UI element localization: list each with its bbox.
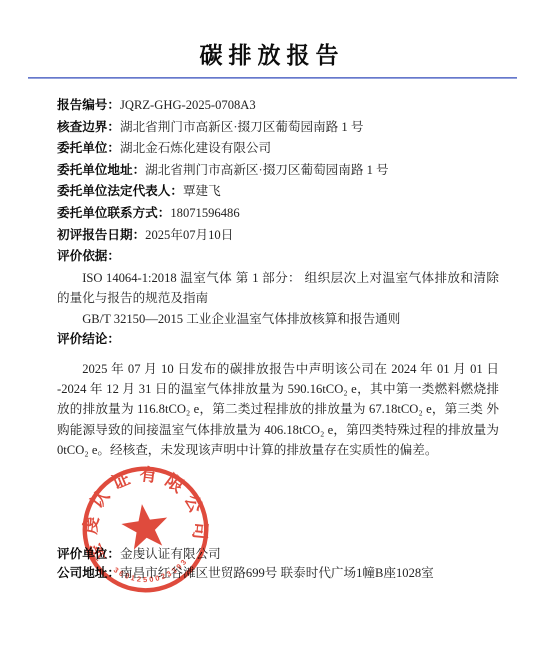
basis-item-iso: ISO 14064-1:2018 温室气体 第 1 部分： 组织层次上对温室气体…	[57, 268, 499, 309]
field-label: 委托单位：	[57, 141, 120, 155]
field-row-client-address: 委托单位地址：湖北省荆门市高新区·掇刀区葡萄园南路 1 号	[57, 160, 499, 182]
field-label: 委托单位地址：	[57, 163, 145, 177]
field-value: 18071596486	[170, 206, 239, 220]
field-row-contact-phone: 委托单位联系方式：18071596486	[57, 203, 499, 225]
field-row-report-number: 报告编号：JQRZ-GHG-2025-0708A3	[57, 95, 499, 117]
company-seal-stamp: 金虔认证有限公司 3601250023393	[78, 462, 213, 597]
field-label: 委托单位联系方式：	[57, 206, 170, 220]
page-title: 碳排放报告	[0, 0, 544, 70]
field-value: 湖北金石炼化建设有限公司	[120, 141, 271, 155]
evaluation-conclusion-section: 评价结论： 2025 年 07 月 10 日发布的碳排放报告中声明该公司在 20…	[57, 329, 499, 461]
field-row-client-name: 委托单位：湖北金石炼化建设有限公司	[57, 138, 499, 160]
conclusion-paragraph: 2025 年 07 月 10 日发布的碳排放报告中声明该公司在 2024 年 0…	[57, 359, 499, 461]
field-value: JQRZ-GHG-2025-0708A3	[120, 98, 256, 112]
field-label: 核查边界：	[57, 120, 120, 134]
evaluation-conclusion-label: 评价结论：	[57, 329, 499, 351]
field-label: 报告编号：	[57, 98, 120, 112]
seal-star-icon	[119, 501, 171, 551]
field-value: 湖北省荆门市高新区·掇刀区葡萄园南路 1 号	[145, 163, 388, 177]
seal-group: 金虔认证有限公司 3601250023393	[78, 462, 213, 597]
field-row-legal-representative: 委托单位法定代表人：覃建飞	[57, 181, 499, 203]
field-value: 覃建飞	[183, 184, 221, 198]
field-label: 初评报告日期：	[57, 228, 145, 242]
field-value: 2025年07月10日	[145, 228, 233, 242]
field-row-verification-boundary: 核查边界：湖北省荆门市高新区·掇刀区葡萄园南路 1 号	[57, 117, 499, 139]
report-page: 碳排放报告 报告编号：JQRZ-GHG-2025-0708A3 核查边界：湖北省…	[0, 0, 544, 656]
field-row-report-date: 初评报告日期：2025年07月10日	[57, 225, 499, 247]
basis-item-gbt: GB/T 32150—2015 工业企业温室气体排放核算和报告通则	[57, 309, 499, 329]
field-value: 湖北省荆门市高新区·掇刀区葡萄园南路 1 号	[120, 120, 363, 134]
report-fields: 报告编号：JQRZ-GHG-2025-0708A3 核查边界：湖北省荆门市高新区…	[57, 95, 499, 246]
evaluation-basis-label: 评价依据：	[57, 246, 499, 268]
field-label: 委托单位法定代表人：	[57, 184, 183, 198]
evaluation-basis-section: 评价依据： ISO 14064-1:2018 温室气体 第 1 部分： 组织层次…	[57, 246, 499, 329]
